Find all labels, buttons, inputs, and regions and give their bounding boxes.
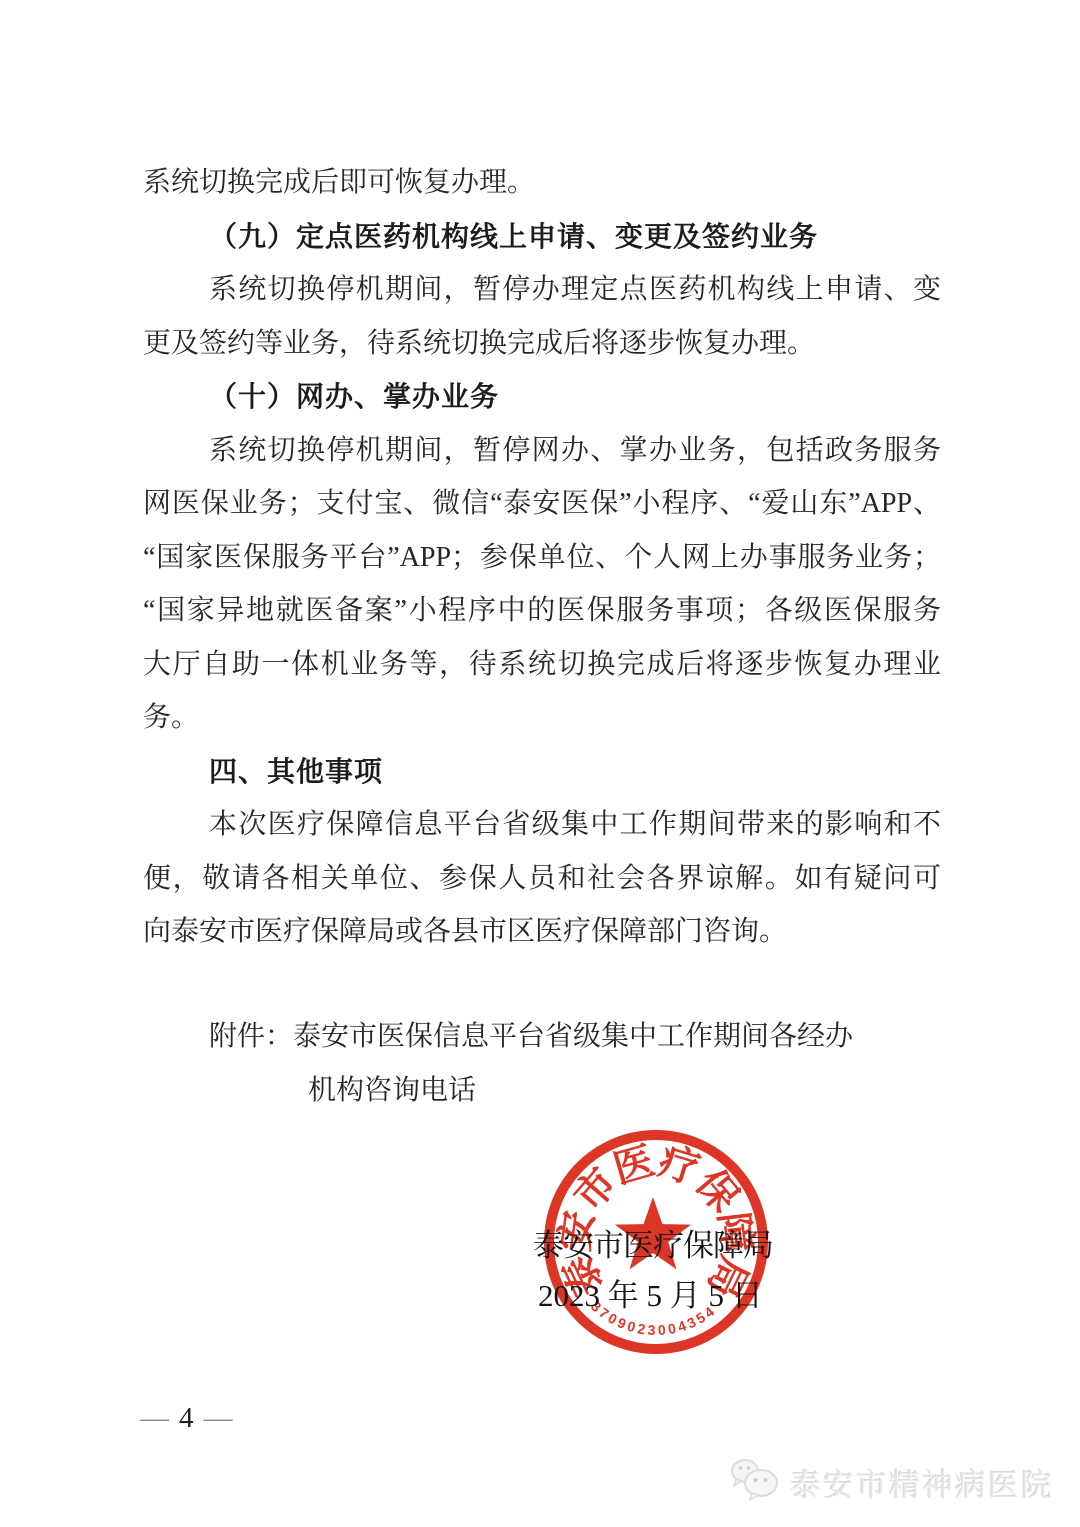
body-line: 向泰安市医疗保障局或各县市区医疗保障部门咨询。: [143, 905, 941, 959]
footer-dash-left: —: [140, 1402, 169, 1434]
body-line: 四、其他事项: [143, 745, 941, 799]
attachment-line-1: 附件：泰安市医保信息平台省级集中工作期间各经办: [143, 1010, 941, 1064]
body-line: 务。: [143, 691, 941, 745]
signature-date: 2023 年 5 月 5 日: [538, 1276, 763, 1316]
watermark: 泰安市精神病医院: [730, 1458, 1054, 1507]
attachment-line-2: 机构咨询电话: [143, 1064, 941, 1118]
signature-agency: 泰安市医疗保障局: [533, 1226, 773, 1266]
body-line: “国家医保服务平台”APP；参保单位、个人网上办事服务业务；: [143, 531, 941, 585]
body-line: 系统切换停机期间，暂停办理定点医药机构线上申请、变: [143, 263, 941, 317]
body-line: 便，敬请各相关单位、参保人员和社会各界谅解。如有疑问可: [143, 852, 941, 906]
body-line: 大厅自助一体机业务等，待系统切换完成后将逐步恢复办理业: [143, 638, 941, 692]
wechat-icon: [730, 1458, 782, 1507]
body-line: （十）网办、掌办业务: [143, 370, 941, 424]
body-line: 系统切换停机期间，暂停网办、掌办业务，包括政务服务: [143, 424, 941, 478]
body-line: （九）定点医药机构线上申请、变更及签约业务: [143, 210, 941, 264]
body-line: 更及签约等业务，待系统切换完成后将逐步恢复办理。: [143, 317, 941, 371]
page-number-footer: —4—: [140, 1398, 233, 1438]
body-line: 系统切换完成后即可恢复办理。: [143, 156, 941, 210]
body-line: “国家异地就医备案”小程序中的医保服务事项；各级医保服务: [143, 584, 941, 638]
attachment-note: 附件：泰安市医保信息平台省级集中工作期间各经办 机构咨询电话: [143, 1010, 941, 1117]
footer-dash-right: —: [204, 1402, 233, 1434]
body-line: 网医保业务；支付宝、微信“泰安医保”小程序、“爱山东”APP、: [143, 477, 941, 531]
page-number: 4: [179, 1402, 194, 1434]
document-page: 系统切换完成后即可恢复办理。（九）定点医药机构线上申请、变更及签约业务系统切换停…: [0, 0, 1080, 1527]
body-line: 本次医疗保障信息平台省级集中工作期间带来的影响和不: [143, 798, 941, 852]
body-text: 系统切换完成后即可恢复办理。（九）定点医药机构线上申请、变更及签约业务系统切换停…: [143, 156, 941, 959]
watermark-text: 泰安市精神病医院: [790, 1460, 1054, 1505]
